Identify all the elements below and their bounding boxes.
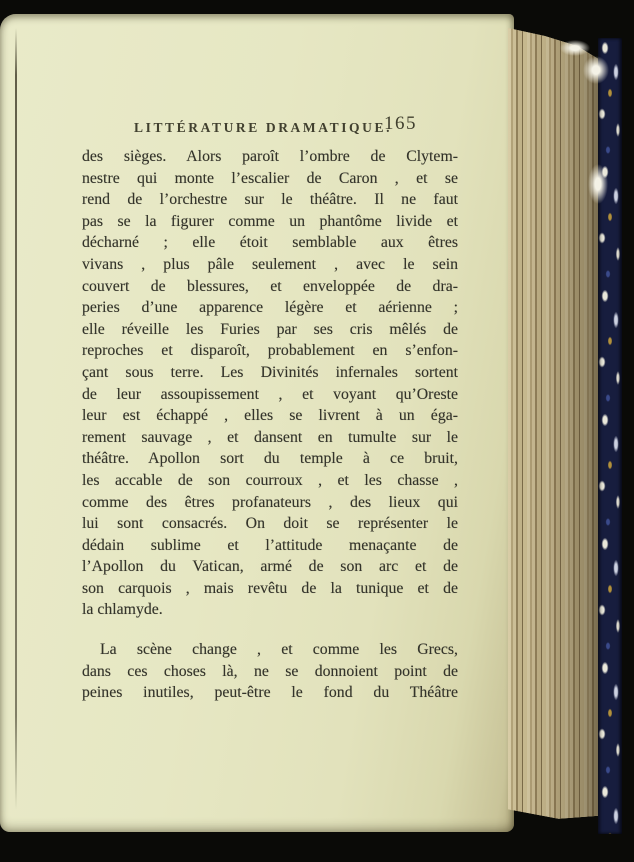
marbled-cover-strip <box>598 38 622 834</box>
page-gutter-crease <box>15 28 17 810</box>
text-line: reproches et disparoît, probablement en … <box>82 340 458 362</box>
text-line: rend de l’orchestre sur le théâtre. Il n… <box>82 189 458 211</box>
text-line: çant sous terre. Les Divinités infernale… <box>82 362 458 384</box>
paragraph-2: La scène change , et comme les Grecs, da… <box>82 639 458 704</box>
text-line: vivans , plus pâle seulement , avec le s… <box>82 254 458 276</box>
text-line: pas se la figurer comme un phantôme livi… <box>82 211 458 233</box>
text-line: elle réveille les Furies par ses cris mê… <box>82 319 458 341</box>
running-title: LITTÉRATURE DRAMATIQUE. <box>134 120 392 136</box>
text-line: de leur assoupissement , et voyant qu’Or… <box>82 384 458 406</box>
paper-fluff <box>560 40 590 56</box>
text-line: des sièges. Alors paroît l’ombre de Clyt… <box>82 146 458 168</box>
text-line: la chlamyde. <box>82 599 458 621</box>
text-line: l’Apollon du Vatican, armé de son arc et… <box>82 556 458 578</box>
text-line: décharné ; elle étoit semblable aux être… <box>82 232 458 254</box>
fore-edge-shading <box>508 22 600 822</box>
book-fore-edge-pages <box>508 22 600 822</box>
text-line: dédain sublime et l’attitude menaçante d… <box>82 535 458 557</box>
text-line: les accable de son courroux , et les cha… <box>82 470 458 492</box>
text-line: son carquois , mais revêtu de la tunique… <box>82 578 458 600</box>
text-line: dans ces choses là, ne se donnoient poin… <box>82 661 458 683</box>
text-line: peries d’une apparence légère et aérienn… <box>82 297 458 319</box>
page-number: 165 <box>384 113 417 135</box>
paragraph-1: des sièges. Alors paroît l’ombre de Clyt… <box>82 146 458 621</box>
text-line: peines inutiles, peut-être le fond du Th… <box>82 682 458 704</box>
paper-fluff <box>588 164 608 204</box>
text-line: leur est échappé , elles se livrent à un… <box>82 405 458 427</box>
text-line: lui sont consacrés. On doit se représent… <box>82 513 458 535</box>
book-page: LITTÉRATURE DRAMATIQUE. 165 des sièges. … <box>0 14 514 832</box>
text-line: couvert de blessures, et enveloppée de d… <box>82 276 458 298</box>
paper-fluff <box>583 56 609 84</box>
text-line: nestre qui monte l’escalier de Caron , e… <box>82 168 458 190</box>
text-line: théâtre. Apollon sort du temple à ce bru… <box>82 448 458 470</box>
page-header: LITTÉRATURE DRAMATIQUE. 165 <box>82 114 458 146</box>
page-content: LITTÉRATURE DRAMATIQUE. 165 des sièges. … <box>82 114 458 704</box>
photo-background: LITTÉRATURE DRAMATIQUE. 165 des sièges. … <box>0 0 634 862</box>
text-line: La scène change , et comme les Grecs, <box>82 639 458 661</box>
text-line: rement sauvage , et dansent en tumulte s… <box>82 427 458 449</box>
text-line: comme des êtres profanateurs , des lieux… <box>82 492 458 514</box>
